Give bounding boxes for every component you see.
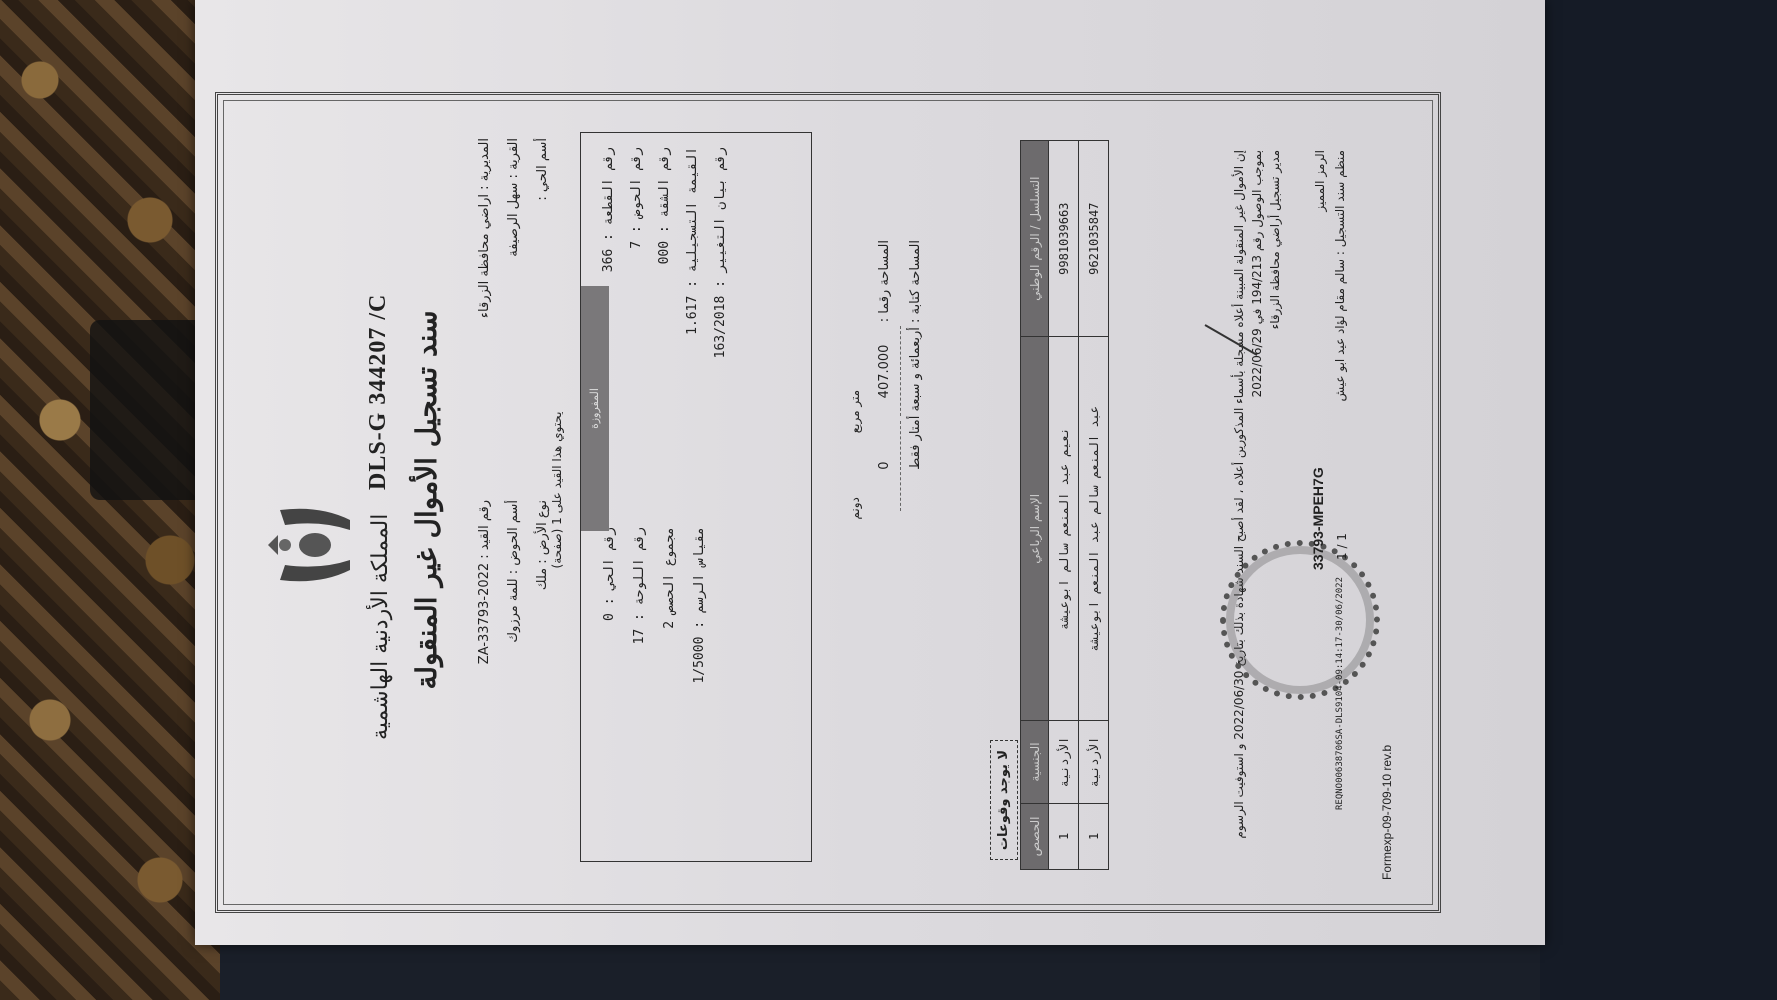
table-row: 9981039663 نعيم عبد المنعم سالم ابوعيشة … bbox=[1049, 141, 1079, 870]
board-number: رقم اللوحة : 17 bbox=[625, 527, 655, 847]
signer-title: مدير تسجيل أراضي محافظة الزرقاء bbox=[1266, 150, 1284, 870]
kingdom-name: المملكة الأردنية الهاشمية bbox=[368, 514, 393, 740]
district-number: رقم الحي : 0 bbox=[595, 527, 625, 847]
table-row: 9621035847 عبد المنعم سالم عبد المنعم اب… bbox=[1079, 141, 1109, 870]
area-numeric: المساحة رقما : 407.000 0 bbox=[870, 240, 901, 740]
document-title: سند تسجيل الأموال غير المنقولة bbox=[410, 240, 443, 760]
registration-deed: DLS-G 344207 /C المملكة الأردنية الهاشمي… bbox=[230, 110, 1420, 890]
info-row-record-number: رقم القيد : 2022-ZA-33793 bbox=[470, 500, 499, 830]
header-right-info: المديرية : اراضي محافظة الزرقاء القرية :… bbox=[470, 138, 557, 518]
encumbrance-box: لا يوجد وقوعات bbox=[990, 740, 1018, 860]
area-units: متر مربع دونم bbox=[840, 240, 870, 740]
area-sqm-value: 407.000 bbox=[870, 326, 901, 416]
footer-info: الرمز المميز منظم سند التسجيل : سالم مقا… bbox=[1310, 150, 1350, 450]
plot-details-box: المفروزة رقم القطعة : 366 رقم الحوض : 7 … bbox=[580, 132, 812, 862]
change-statement-number: رقم بيان التغيير : 163/2018 bbox=[707, 147, 735, 507]
official-seal bbox=[1220, 540, 1380, 700]
info-row-village: القرية : سهل الرصيفة bbox=[499, 138, 528, 518]
col-name: الإسم الرباعي bbox=[1021, 337, 1049, 721]
plot-details-left: رقم الحي : 0 رقم اللوحة : 17 مجموع الحصص… bbox=[595, 527, 715, 847]
col-national-id: التسلسل / الرقم الوطني bbox=[1021, 141, 1049, 337]
apartment-number: رقم الشقة : 000 bbox=[651, 147, 679, 507]
area-dunum-value: 0 bbox=[870, 421, 901, 511]
basin-number: رقم الحوض : 7 bbox=[623, 147, 651, 507]
map-scale: مقياس الرسم : 1/5000 bbox=[685, 527, 715, 847]
area-section: متر مربع دونم المساحة رقما : 407.000 0 ا… bbox=[840, 240, 931, 740]
document-code: DLS-G 344207 /C bbox=[365, 294, 392, 490]
registered-value: القيمة التسجيلية : 1.617 bbox=[679, 147, 707, 507]
area-written: المساحة كتابة : أربعمائة و سبعة أمتار فق… bbox=[901, 240, 931, 740]
phone-object bbox=[90, 320, 210, 500]
info-row-basin-name: أسم الحوض : للمة مرزوك bbox=[499, 500, 528, 830]
info-row-directorate: المديرية : اراضي محافظة الزرقاء bbox=[470, 138, 499, 518]
verification-code: 33793-MPEH7G bbox=[1310, 467, 1326, 570]
request-stamp: REQNO00638706SA-DLS9104-09:14:17-30/06/2… bbox=[1335, 577, 1345, 810]
plot-details-right: رقم القطعة : 366 رقم الحوض : 7 رقم الشقة… bbox=[595, 147, 735, 507]
owners-table-header: التسلسل / الرقم الوطني الإسم الرباعي الج… bbox=[1021, 141, 1049, 870]
form-id: Formexp-09-709-10 rev.b bbox=[1380, 745, 1394, 880]
plot-number: رقم القطعة : 366 bbox=[595, 147, 623, 507]
col-shares: الحصص bbox=[1021, 803, 1049, 869]
header-left-info: رقم القيد : 2022-ZA-33793 أسم الحوض : لل… bbox=[470, 500, 557, 830]
dark-background-bottom bbox=[220, 940, 1540, 1000]
coat-of-arms-icon bbox=[260, 500, 360, 590]
page-number: 1 / 1 bbox=[1335, 533, 1349, 560]
certification-text: إن الأموال غير المنقولة المبينة أعلاه مس… bbox=[1230, 150, 1284, 870]
total-shares: مجموع الحصص 2 bbox=[655, 527, 685, 847]
col-nationality: الجنسية bbox=[1021, 721, 1049, 804]
dark-background bbox=[1530, 0, 1777, 1000]
owners-table: التسلسل / الرقم الوطني الإسم الرباعي الج… bbox=[1020, 140, 1109, 870]
page-count-note: يحتوي هذا القيد على 1 (صفحة) bbox=[550, 340, 564, 640]
